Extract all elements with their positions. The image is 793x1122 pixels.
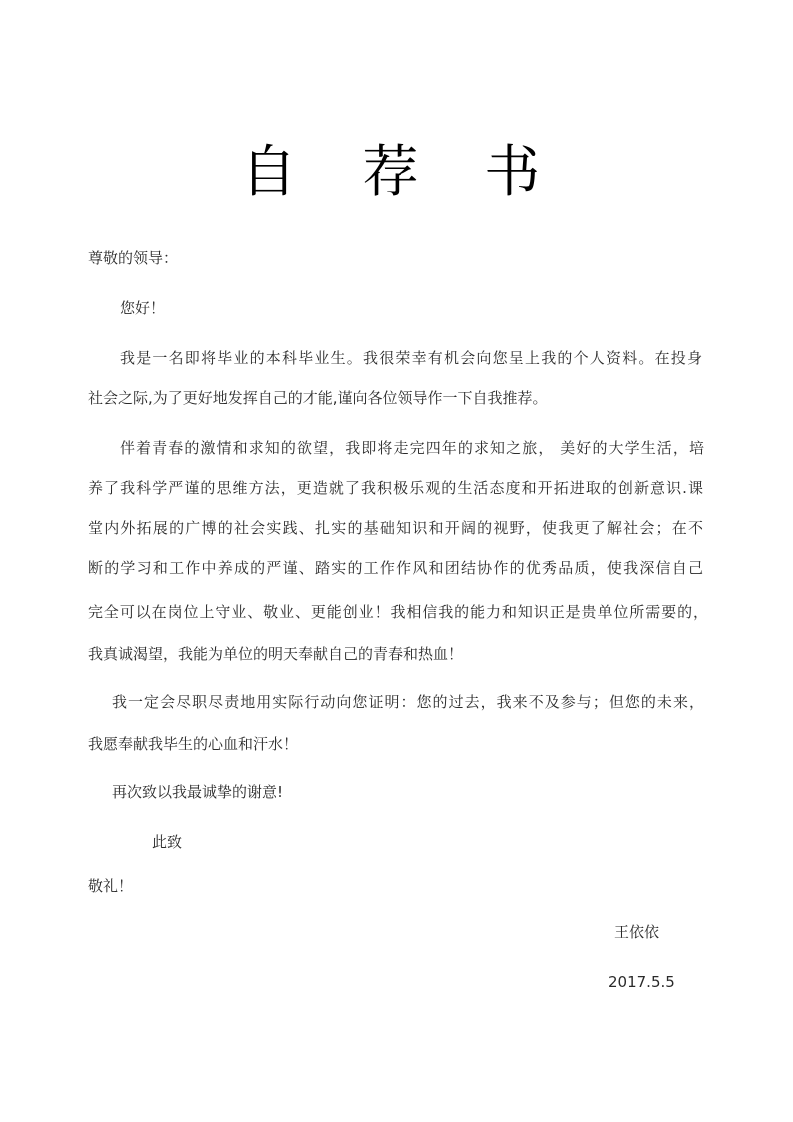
greeting: 您好！ — [120, 298, 165, 318]
signature: 王依依 — [614, 922, 659, 942]
paragraph-2-line-4: 断的学习和工作中养成的严谨、踏实的工作作风和团结协作的优秀品质，使我深信自己 — [88, 558, 703, 578]
document-page: 自 荐 书 尊敬的领导： 您好！ 我是一名即将毕业的本科毕业生。我很荣幸有机会向… — [0, 0, 793, 1122]
paragraph-3-line-2: 我愿奉献我毕生的心血和汗水！ — [88, 734, 298, 754]
paragraph-3-line-1: 我一定会尽职尽责地用实际行动向您证明：您的过去，我来不及参与；但您的未来， — [112, 692, 704, 712]
paragraph-2-line-5: 完全可以在岗位上守业、敬业、更能创业！我相信我的能力和知识正是贵单位所需要的， — [88, 602, 708, 622]
paragraph-4-line-1: 再次致以我最诚挚的谢意! — [112, 782, 283, 802]
paragraph-1-line-1: 我是一名即将毕业的本科毕业生。我很荣幸有机会向您呈上我的个人资料。在投身 — [120, 348, 702, 368]
paragraph-2-line-6: 我真诚渴望，我能为单位的明天奉献自己的青春和热血！ — [88, 644, 463, 664]
paragraph-2-line-2: 养了我科学严谨的思维方法，更造就了我积极乐观的生活态度和开拓进取的创新意识.课 — [88, 478, 703, 498]
date: 2017.5.5 — [608, 972, 675, 992]
paragraph-2-line-3: 堂内外拓展的广博的社会实践、扎实的基础知识和开阔的视野，使我更了解社会；在不 — [88, 518, 703, 538]
paragraph-1-line-2: 社会之际,为了更好地发挥自己的才能,谨向各位领导作一下自我推荐。 — [88, 388, 548, 408]
closing-regards: 敬礼！ — [88, 876, 133, 896]
closing-salutation: 此致 — [152, 832, 182, 852]
page-title: 自 荐 书 — [0, 138, 793, 208]
salutation: 尊敬的领导： — [88, 248, 178, 268]
paragraph-2-line-1: 伴着青春的激情和求知的欲望，我即将走完四年的求知之旅， 美好的大学生活，培 — [120, 438, 704, 458]
